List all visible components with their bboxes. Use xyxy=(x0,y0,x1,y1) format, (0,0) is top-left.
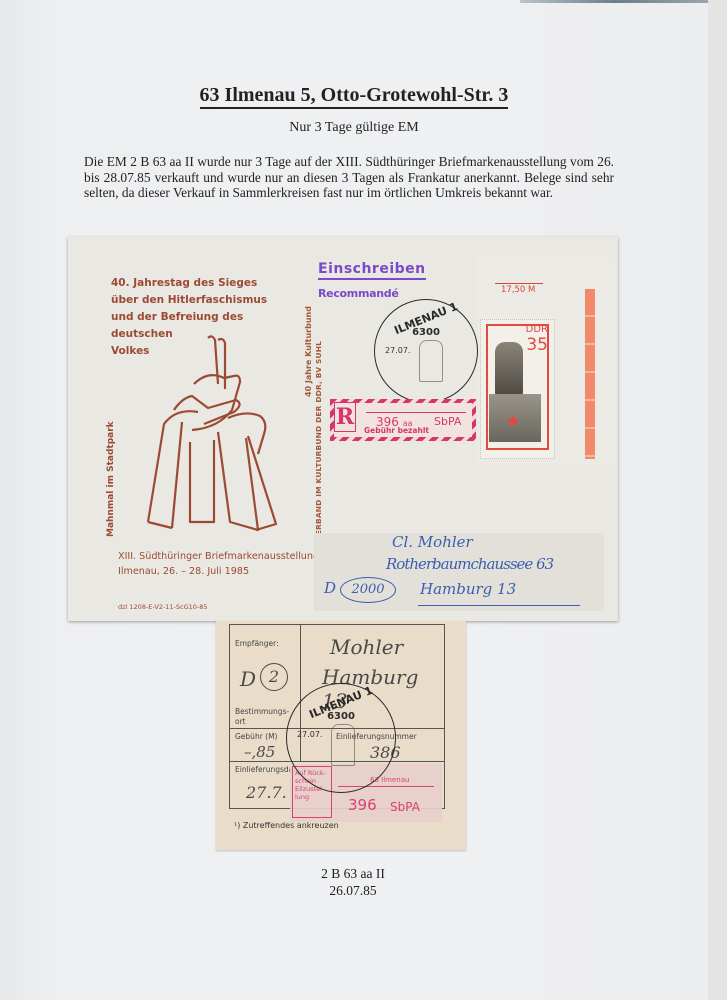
caption-catalog-number: 2 B 63 aa II xyxy=(200,866,506,882)
print-code: dzl 1208-E-V2-11-ScG10-85 xyxy=(118,603,208,611)
address-street: Rotherbaumchaussee 63 xyxy=(386,555,553,573)
postmark-zip: 6300 xyxy=(287,711,395,722)
memorial-label: Mahnmal im Stadtpark xyxy=(106,421,116,537)
margin-line xyxy=(495,283,543,284)
red-star-icon: ★ xyxy=(505,412,521,430)
postmark-date: 27.07. xyxy=(385,346,410,355)
receipt-postmark: ILMENAU 1 6300 27.07. xyxy=(286,683,396,793)
recommande-cachet: Recommandé xyxy=(318,287,399,300)
recipient-address: Cl. Mohler Rotherbaumchaussee 63 D 2000 … xyxy=(314,533,604,611)
postmark-zip: 6300 xyxy=(375,327,477,338)
handwritten-date: 27.7. xyxy=(246,783,287,802)
handwritten-recipient: Mohler xyxy=(330,635,403,659)
fee-label: Gebühr (M) xyxy=(235,732,277,741)
exhibition-dates: Ilmenau, 26. – 28. Juli 1985 xyxy=(118,564,319,579)
page-description: Die EM 2 B 63 aa II wurde nur 3 Tage auf… xyxy=(84,154,614,201)
monument-icon xyxy=(331,724,355,766)
stamp-country: DDR xyxy=(526,324,548,335)
monument-icon xyxy=(419,340,443,382)
scanner-edge xyxy=(520,0,710,3)
exhibition-text: XIII. Südthüringer Briefmarkenausstellun… xyxy=(118,549,319,579)
receipt-footnote: ¹) Zutreffendes ankreuzen xyxy=(234,821,339,830)
exhibition-title: XIII. Südthüringer Briefmarkenausstellun… xyxy=(118,549,319,564)
destination-label: Bestimmungs- ort xyxy=(235,707,289,727)
posting-receipt: Empfänger: Bestimmungs- ort Gebühr (M) E… xyxy=(216,621,466,850)
handwritten-fee: –,85 xyxy=(244,743,275,761)
recipient-label: Empfänger: xyxy=(235,639,279,648)
address-city: Hamburg 13 xyxy=(420,580,516,598)
postmark: ILMENAU 1 6300 27.07. xyxy=(374,299,478,403)
city-underline xyxy=(418,605,580,606)
album-page-edge xyxy=(708,0,727,1000)
postage-stamp: ★ DDR 35 xyxy=(480,319,555,459)
registered-r-icon: R xyxy=(334,402,356,432)
postmark-date: 27.07. xyxy=(297,730,322,739)
caption-date: 26.07.85 xyxy=(200,883,506,899)
soldier-statue-image xyxy=(495,342,523,396)
album-page: 63 Ilmenau 5, Otto-Grotewohl-Str. 3 Nur … xyxy=(0,0,709,1000)
label-number: 396 xyxy=(348,796,377,814)
fee-paid-note: Gebühr bezahlt xyxy=(362,426,431,435)
label-rule xyxy=(366,412,466,413)
label-office-code: SbPA xyxy=(390,800,420,814)
sheet-counter-bar xyxy=(585,289,595,459)
page-title-text: 63 Ilmenau 5, Otto-Grotewohl-Str. 3 xyxy=(200,84,509,109)
page-subtitle: Nur 3 Tage gültige EM xyxy=(0,120,708,136)
heading-line: 40. Jahrestag des Sieges xyxy=(111,275,341,292)
handwritten-country: D xyxy=(240,667,256,691)
stamp-denomination: 35 xyxy=(526,335,548,355)
office-code: SbPA xyxy=(434,415,461,428)
hands-monument-illustration xyxy=(128,332,288,537)
kulturbund-text: 40 Jahre Kulturbund xyxy=(304,306,313,397)
handwritten-zip: 2 xyxy=(260,663,288,691)
registered-cachet: Einschreiben xyxy=(318,261,426,280)
address-country: D xyxy=(324,579,336,597)
address-zip: 2000 xyxy=(340,577,396,603)
address-name: Cl. Mohler xyxy=(392,533,473,551)
sheet-value: 17,50 M xyxy=(501,285,535,295)
registration-label: 396 aa SbPA R Gebühr bezahlt xyxy=(330,399,476,441)
page-title: 63 Ilmenau 5, Otto-Grotewohl-Str. 3 xyxy=(0,84,708,107)
registered-envelope: 40. Jahrestag des Sieges über den Hitler… xyxy=(68,237,618,621)
